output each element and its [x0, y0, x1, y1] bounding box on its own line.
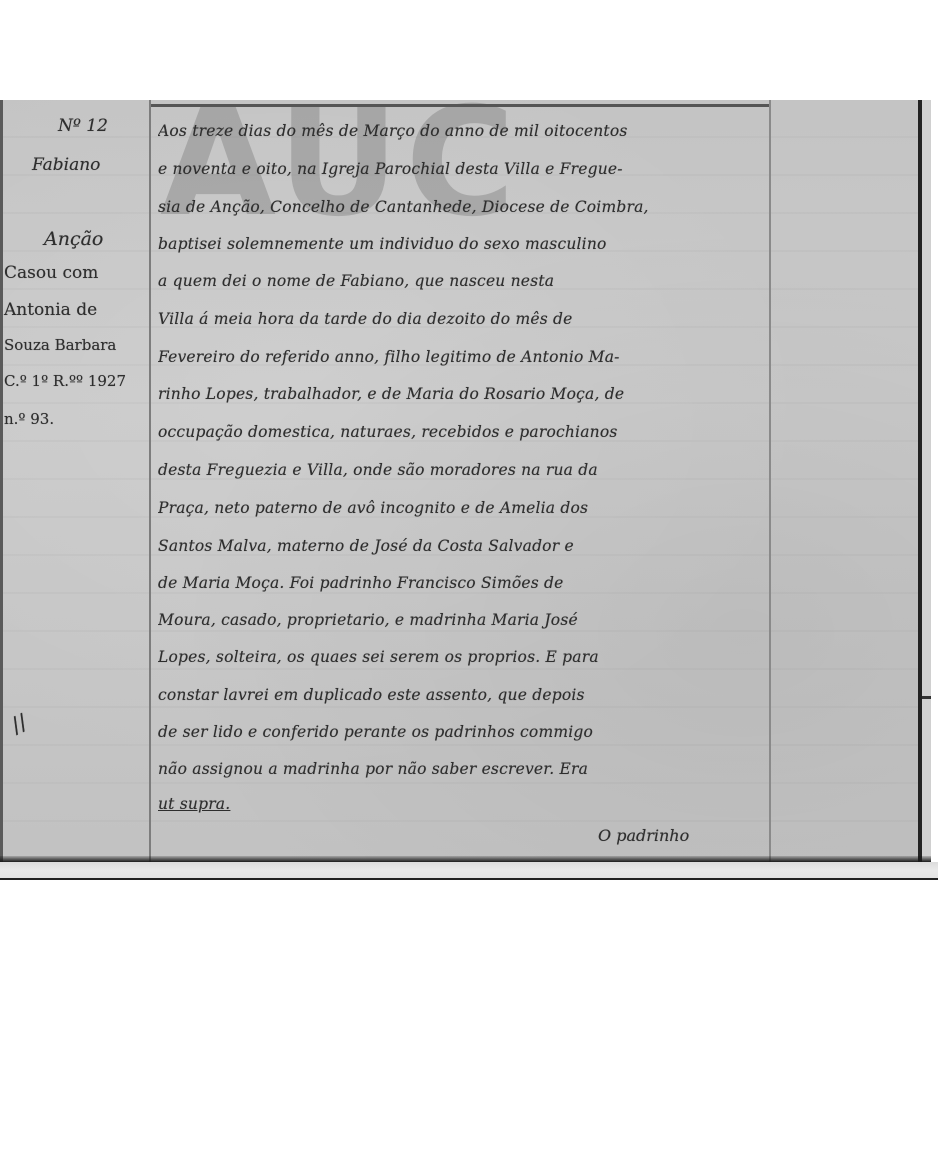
record-line: desta Freguezia e Villa, onde são morado… [158, 461, 770, 479]
record-line: rinho Lopes, trabalhador, e de Maria do … [158, 385, 770, 403]
marriage-note-line: n.º 93. [4, 410, 54, 428]
binding-tick [922, 696, 931, 699]
record-line: sia de Anção, Concelho de Cantanhede, Di… [158, 198, 770, 216]
record-line: Fevereiro do referido anno, filho legiti… [158, 348, 770, 366]
marriage-note-line: Antonia de [4, 300, 97, 320]
record-line: a quem dei o nome de Fabiano, que nasceu… [158, 272, 770, 290]
record-line: Santos Malva, materno de José da Costa S… [158, 537, 770, 555]
document-viewer: AUC Nº 12 Fabiano Anção Casou com Antoni… [0, 0, 938, 1149]
marriage-note-line: C.º 1º R.ºº 1927 [4, 372, 126, 390]
record-line: de Maria Moça. Foi padrinho Francisco Si… [158, 574, 770, 592]
child-name-note: Fabiano [32, 155, 100, 175]
godfather-signature: O padrinho [598, 826, 689, 845]
record-line: Villa á meia hora da tarde do dia dezoit… [158, 310, 770, 328]
scanned-page: AUC Nº 12 Fabiano Anção Casou com Antoni… [0, 100, 931, 862]
record-body: Aos treze dias do mês de Março do anno d… [158, 100, 770, 862]
record-line: Moura, casado, proprietario, e madrinha … [158, 611, 770, 629]
viewer-status-bar [0, 862, 938, 880]
record-line: baptisei solemnemente um individuo do se… [158, 235, 770, 253]
record-line: ut supra. [158, 795, 268, 813]
record-line: Praça, neto paterno de avô incognito e d… [158, 499, 770, 517]
record-number: Nº 12 [58, 116, 108, 136]
binding-line [918, 100, 922, 862]
record-line: Lopes, solteira, os quaes sei serem os p… [158, 648, 770, 666]
record-line: Aos treze dias do mês de Março do anno d… [158, 122, 770, 140]
marriage-note-line: Casou com [4, 263, 98, 283]
record-line: occupação domestica, naturaes, recebidos… [158, 423, 770, 441]
parish-note: Anção [44, 228, 103, 250]
record-line: de ser lido e conferido perante os padri… [158, 723, 770, 741]
margin-notes: Nº 12 Fabiano Anção Casou com Antonia de… [0, 100, 149, 862]
margin-mark: // [7, 710, 31, 739]
record-line: e noventa e oito, na Igreja Parochial de… [158, 160, 770, 178]
record-line: constar lavrei em duplicado este assento… [158, 686, 770, 704]
marriage-note-line: Souza Barbara [4, 336, 116, 354]
page-edge-strip [922, 100, 931, 862]
record-line: não assignou a madrinha por não saber es… [158, 760, 770, 778]
margin-divider [149, 100, 151, 862]
